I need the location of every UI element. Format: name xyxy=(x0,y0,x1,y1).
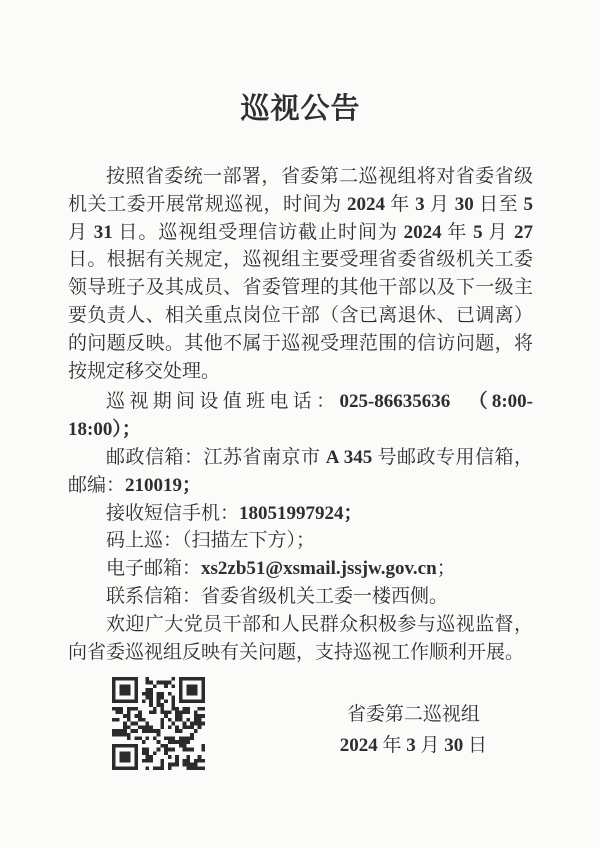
signature-org: 省委第二巡视组 xyxy=(340,699,487,730)
notice-page: 巡视公告 按照省委统一部署，省委第二巡视组将对省委省级机关工委开展常规巡视，时间… xyxy=(0,0,600,848)
contact-line-phone: 巡视期间设值班电话：025-86635636 （8:00-18:00）； xyxy=(68,388,533,444)
closing-paragraph: 欢迎广大党员干部和人民群众积极参与巡视监督，向省委巡视组反映有关问题，支持巡视工… xyxy=(68,611,533,667)
signature-date: 2024 年 3 月 30 日 xyxy=(340,730,487,761)
contact-line-sms: 接收短信手机：18051997924； xyxy=(68,500,533,528)
intro-paragraph: 按照省委统一部署，省委第二巡视组将对省委省级机关工委开展常规巡视，时间为 202… xyxy=(68,163,533,385)
signature-block: 省委第二巡视组 2024 年 3 月 30 日 xyxy=(340,677,487,761)
contact-line-email: 电子邮箱：xs2zb51@xsmail.jssjw.gov.cn； xyxy=(68,555,533,583)
qr-code xyxy=(112,677,205,770)
page-title: 巡视公告 xyxy=(68,90,533,128)
qr-code-image xyxy=(112,677,205,770)
contact-section: 巡视期间设值班电话：025-86635636 （8:00-18:00）； 邮政信… xyxy=(68,388,533,610)
contact-line-mailbox: 联系信箱：省委省级机关工委一楼西侧。 xyxy=(68,583,533,611)
contact-line-qr-scan: 码上巡：（扫描左下方）； xyxy=(68,527,533,555)
footer: 省委第二巡视组 2024 年 3 月 30 日 xyxy=(68,677,533,770)
contact-line-postal: 邮政信箱：江苏省南京市 A 345 号邮政专用信箱，邮编：210019； xyxy=(68,444,533,500)
